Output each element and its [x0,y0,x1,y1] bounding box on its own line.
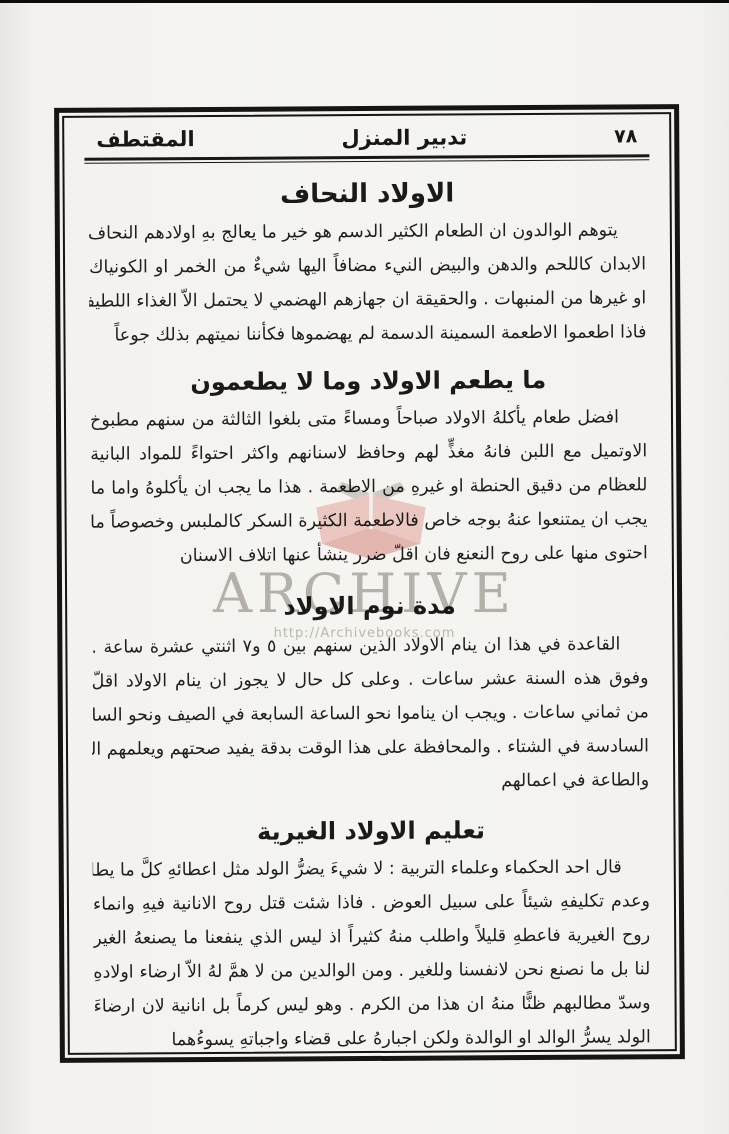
scan-top-edge [0,0,729,3]
journal-name: المقتطف [96,127,194,152]
text-line: من ثماني ساعات . ويجب ان يناموا نحو السا… [92,695,649,732]
page-border-inner: ٧٨ تدبير المنزل المقتطف الاولاد النحاف ي… [62,112,677,1055]
text-line: فاذا اطعموا الاطعمة السمينة الدسمة لم يه… [89,315,646,352]
paragraph: قال احد الحكماء وعلماء التربية : لا شيءَ… [93,850,651,1055]
section-heading: ما يطعم الاولاد وما لا يطعمون [90,363,647,398]
running-title: تدبير المنزل [341,125,467,150]
text-line: والطاعة في اعمالهم [92,763,649,800]
text-line: السادسة في الشتاء . والمحافظة على هذا ال… [92,729,649,766]
text-line: وفوق هذه السنة عشر ساعات . وعلى كل حال ل… [91,661,648,698]
paragraph: القاعدة في هذا ان ينام الاولاد الذين سنه… [91,627,649,800]
text-line: الولد يسرُّ الوالد او الوالدة ولكن اجبار… [94,1020,651,1055]
paragraph: يتوهم الوالدون ان الطعام الكثير الدسم هو… [89,213,647,352]
text-line: لنا بل ما نصنع نحن لانفسنا وللغير . ومن … [93,952,650,989]
section-heading: مدة نوم الاولاد [91,588,648,623]
text-line: القاعدة في هذا ان ينام الاولاد الذين سنه… [91,627,648,664]
text-line: روح الغيرية فاعطهِ قليلاً واطلب منهُ كثي… [93,918,650,955]
section-heading: تعليم الاولاد الغيرية [92,813,649,848]
page-border-frame: ٧٨ تدبير المنزل المقتطف الاولاد النحاف ي… [54,104,685,1063]
text-line: وعدم تكليفهِ شيئاً على سبيل العوض . فاذا… [93,884,650,921]
text-line: الابدان كاللحم والدهن والبيض النيء مضافا… [89,247,646,284]
section-heading: الاولاد النحاف [89,176,646,211]
scanned-book-page: { "document": { "header": { "page_number… [0,0,729,1134]
page-content: الاولاد النحاف يتوهم الوالدون ان الطعام … [83,176,657,1055]
page-number: ٧٨ [614,125,637,147]
text-line: وسدّ مطالبهم ظنًّا منهُ ان هذا من الكرم … [93,986,650,1023]
text-line: او غيرها من المنبهات . والحقيقة ان جهازه… [89,281,646,318]
header-rule [84,154,649,163]
text-line: افضل طعام يأكلهُ الاولاد صباحاً ومساءً م… [90,400,647,437]
text-line: احتوى منها على روح النعنع فان اقلّ ضرر ي… [91,536,648,573]
paragraph: افضل طعام يأكلهُ الاولاد صباحاً ومساءً م… [90,400,648,573]
text-line: للعظام من دقيق الحنطة او غيرهِ من الاطعم… [90,468,647,505]
text-line: الاوتميل مع اللبن فانهُ مغذٍّ لهم وحافظ … [90,434,647,471]
text-line: يجب ان يمتنعوا عنهُ بوجه خاص فالاطعمة ال… [91,502,648,539]
text-line: يتوهم الوالدون ان الطعام الكثير الدسم هو… [89,213,646,250]
text-line: قال احد الحكماء وعلماء التربية : لا شيءَ… [93,850,650,887]
page-header: ٧٨ تدبير المنزل المقتطف [82,114,651,153]
